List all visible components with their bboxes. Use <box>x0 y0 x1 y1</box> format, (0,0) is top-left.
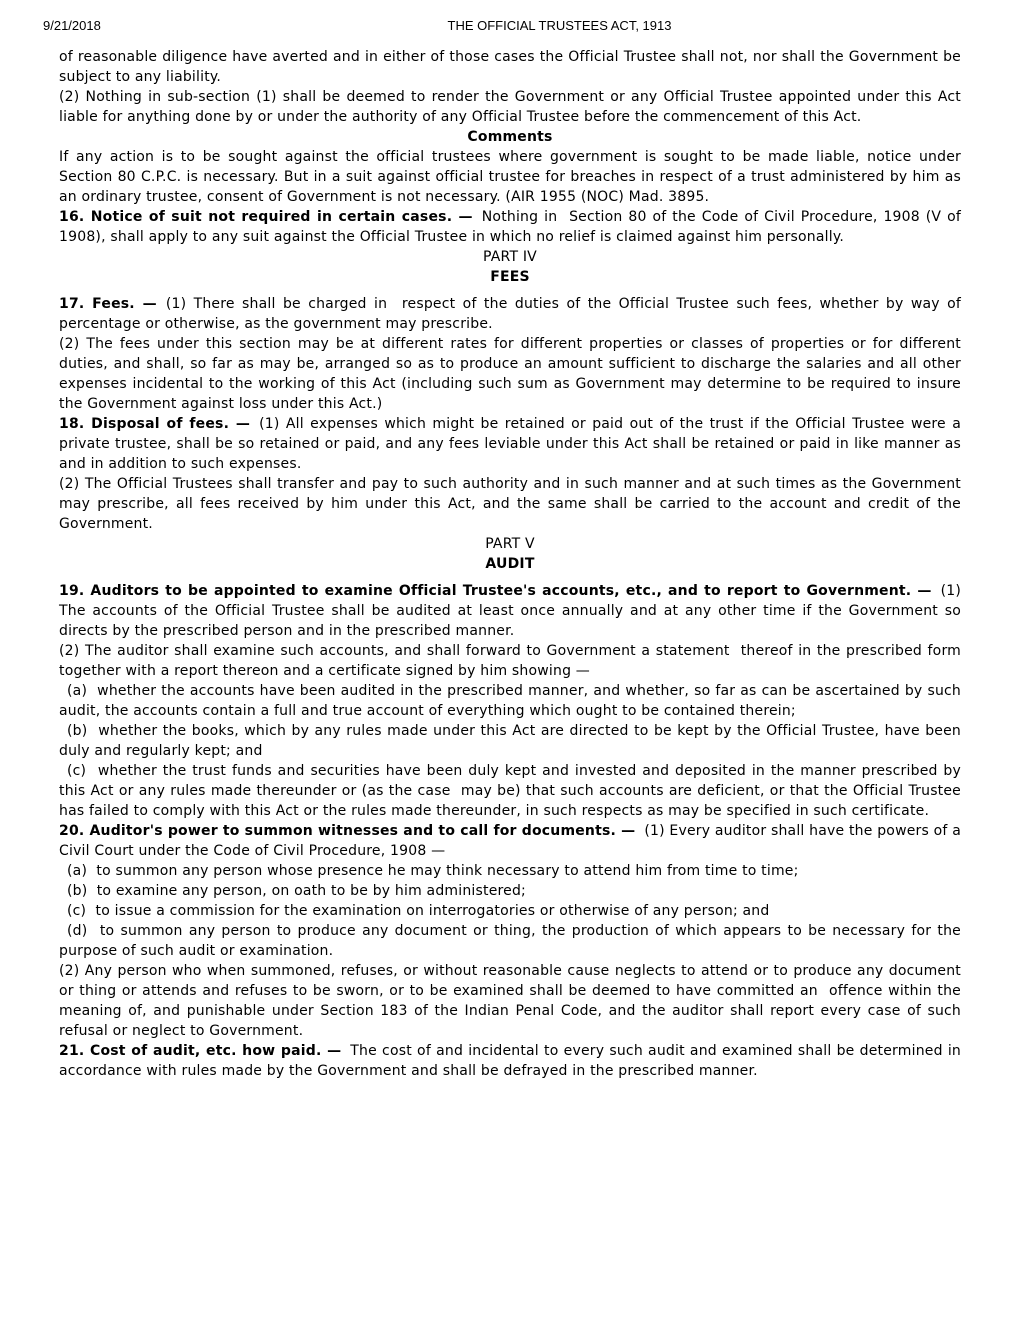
section-18-heading: 18. Disposal of fees. — <box>59 416 250 432</box>
document-title: THE OFFICIAL TRUSTEES ACT, 1913 <box>99 18 1020 34</box>
paragraph: (2) The fees under this section may be a… <box>59 334 961 414</box>
section-paragraph: 20. Auditor's power to summon witnesses … <box>59 821 961 861</box>
part-label: PART IV <box>59 247 961 267</box>
section-20-heading: 20. Auditor's power to summon witnesses … <box>59 823 635 839</box>
section-16-heading: 16. Notice of suit not required in certa… <box>59 209 473 225</box>
list-item-c: (c) to issue a commission for the examin… <box>59 901 961 921</box>
section-17-heading: 17. Fees. — <box>59 296 157 312</box>
list-item-b: (b) to examine any person, on oath to be… <box>59 881 961 901</box>
paragraph: (2) Any person who when summoned, refuse… <box>59 961 961 1041</box>
section-paragraph: 17. Fees. —(1) There shall be charged in… <box>59 294 961 334</box>
part-title: FEES <box>59 267 961 287</box>
paragraph: (2) The auditor shall examine such accou… <box>59 641 961 681</box>
print-date: 9/21/2018 <box>43 18 101 34</box>
comments-heading: Comments <box>59 127 961 147</box>
list-item-a: (a) to summon any person whose presence … <box>59 861 961 881</box>
paragraph: If any action is to be sought against th… <box>59 147 961 207</box>
section-21-heading: 21. Cost of audit, etc. how paid. — <box>59 1043 341 1059</box>
section-paragraph: 16. Notice of suit not required in certa… <box>59 207 961 247</box>
paragraph: (2) The Official Trustees shall transfer… <box>59 474 961 534</box>
section-paragraph: 18. Disposal of fees. —(1) All expenses … <box>59 414 961 474</box>
paragraph: of reasonable diligence have averted and… <box>59 47 961 87</box>
section-17-text: (1) There shall be charged in respect of… <box>59 296 961 332</box>
document-page: 9/21/2018 THE OFFICIAL TRUSTEES ACT, 191… <box>0 0 1020 1320</box>
list-item-b: (b) whether the books, which by any rule… <box>59 721 961 761</box>
section-19-heading: 19. Auditors to be appointed to examine … <box>59 583 932 599</box>
part-iv-block: PART IV FEES <box>59 247 961 287</box>
paragraph: (2) Nothing in sub-section (1) shall be … <box>59 87 961 127</box>
section-paragraph: 21. Cost of audit, etc. how paid. —The c… <box>59 1041 961 1081</box>
list-item-a: (a) whether the accounts have been audit… <box>59 681 961 721</box>
list-item-c: (c) whether the trust funds and securiti… <box>59 761 961 821</box>
part-label: PART V <box>59 534 961 554</box>
list-item-d: (d) to summon any person to produce any … <box>59 921 961 961</box>
section-paragraph: 19. Auditors to be appointed to examine … <box>59 581 961 641</box>
part-title: AUDIT <box>59 554 961 574</box>
part-v-block: PART V AUDIT <box>59 534 961 574</box>
document-body: of reasonable diligence have averted and… <box>0 0 1020 1081</box>
